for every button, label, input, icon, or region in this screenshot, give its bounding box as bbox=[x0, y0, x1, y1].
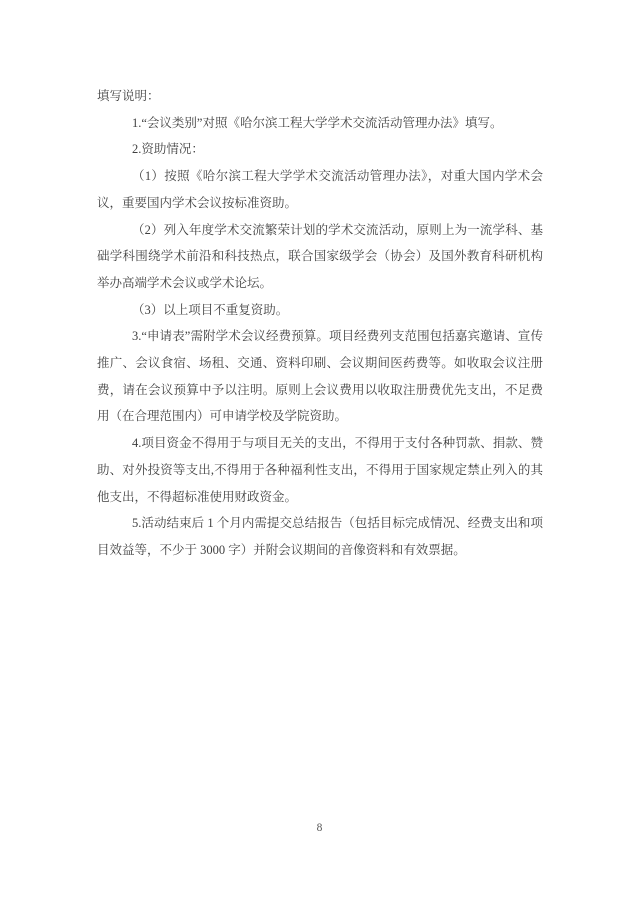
instruction-paragraph-4: （2）列入年度学术交流繁荣计划的学术交流活动，原则上为一流学科、基础学科围绕学术… bbox=[97, 217, 543, 297]
instruction-paragraph-5: （3）以上项目不重复资助。 bbox=[97, 297, 543, 324]
instructions-body: 填写说明： 1.“会议类别”对照《哈尔滨工程大学学术交流活动管理办法》填写。 2… bbox=[97, 83, 543, 564]
instruction-paragraph-8: 5.活动结束后 1 个月内需提交总结报告（包括目标完成情况、经费支出和项目效益等… bbox=[97, 510, 543, 563]
instruction-paragraph-7: 4.项目资金不得用于与项目无关的支出，不得用于支付各种罚款、捐款、赞助、对外投资… bbox=[97, 430, 543, 510]
instruction-paragraph-2: 2.资助情况： bbox=[97, 136, 543, 163]
document-page: 填写说明： 1.“会议类别”对照《哈尔滨工程大学学术交流活动管理办法》填写。 2… bbox=[0, 0, 639, 905]
instruction-paragraph-6: 3.“申请表”需附学术会议经费预算。项目经费列支范围包括嘉宾邀请、宣传推广、会议… bbox=[97, 323, 543, 430]
instruction-paragraph-3: （1）按照《哈尔滨工程大学学术交流活动管理办法》，对重大国内学术会议，重要国内学… bbox=[97, 163, 543, 216]
instructions-heading: 填写说明： bbox=[97, 83, 543, 110]
page-number: 8 bbox=[0, 822, 639, 834]
instruction-paragraph-1: 1.“会议类别”对照《哈尔滨工程大学学术交流活动管理办法》填写。 bbox=[97, 110, 543, 137]
